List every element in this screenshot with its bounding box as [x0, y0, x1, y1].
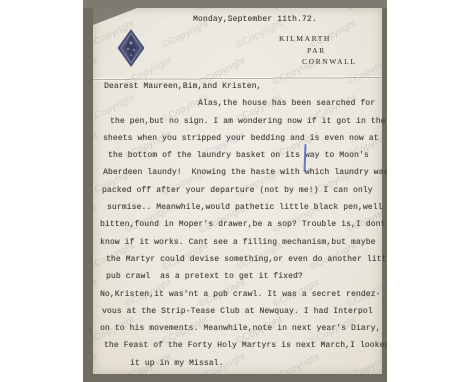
copyright-watermark: ©Copyright: [382, 18, 387, 51]
letterhead-line-par: PAR: [307, 46, 326, 55]
letter-line: bitten,found in Moper's drawer,be a sop?…: [100, 216, 378, 233]
page-background: Monday,September 11th.72. KILMARTH PAR C…: [0, 0, 468, 382]
letter-line: it up in my Missal.: [130, 355, 378, 372]
diamond-crest-icon: [116, 28, 146, 68]
letter-line: the Feast of the Forty Holy Martyrs is n…: [104, 337, 378, 354]
letterhead-line-kilmarth: KILMARTH: [279, 34, 331, 43]
salutation-line: Dearest Maureen,Bim,and Kristen,: [104, 78, 378, 95]
letter-line: pub crawl as a pretext to get it fixed?: [106, 268, 378, 285]
letter-line: sheets when you stripped your bedding an…: [103, 130, 378, 147]
letter-line: the Martyr could devise something,or eve…: [106, 251, 378, 268]
letter-line: the bottom of the laundry basket on its …: [108, 147, 378, 164]
letter-line: vous at the Strip-Tease Club at Newquay.…: [102, 303, 378, 320]
date-line: Monday,September 11th.72.: [193, 15, 317, 24]
letterhead-line-cornwall: CORNWALL: [302, 57, 356, 66]
letter-line: the pen,but no sign. I am wondering now …: [110, 113, 378, 130]
letter-line: on to his movements. Meanwhile,note in n…: [100, 320, 378, 337]
letter-line: No,Kristen,it was'nt a pub crawl. It was…: [100, 286, 378, 303]
letter-line: Aberdeen laundy! Knowing the haste with …: [103, 164, 378, 181]
letter-photo: Monday,September 11th.72. KILMARTH PAR C…: [83, 0, 387, 382]
letter-body: Dearest Maureen,Bim,and Kristen, Alas,th…: [100, 78, 378, 372]
scan-border-top: [83, 0, 387, 8]
letter-line: packed off after your departure (not by …: [102, 182, 378, 199]
letter-line: Alas,the house has been searched for: [198, 95, 378, 112]
letter-line: surmise.. Meanwhile,would pathetic littl…: [107, 199, 378, 216]
paper-corner-shadow: [93, 8, 137, 25]
letter-line: know if it works. Cant see a filling mec…: [100, 234, 378, 251]
